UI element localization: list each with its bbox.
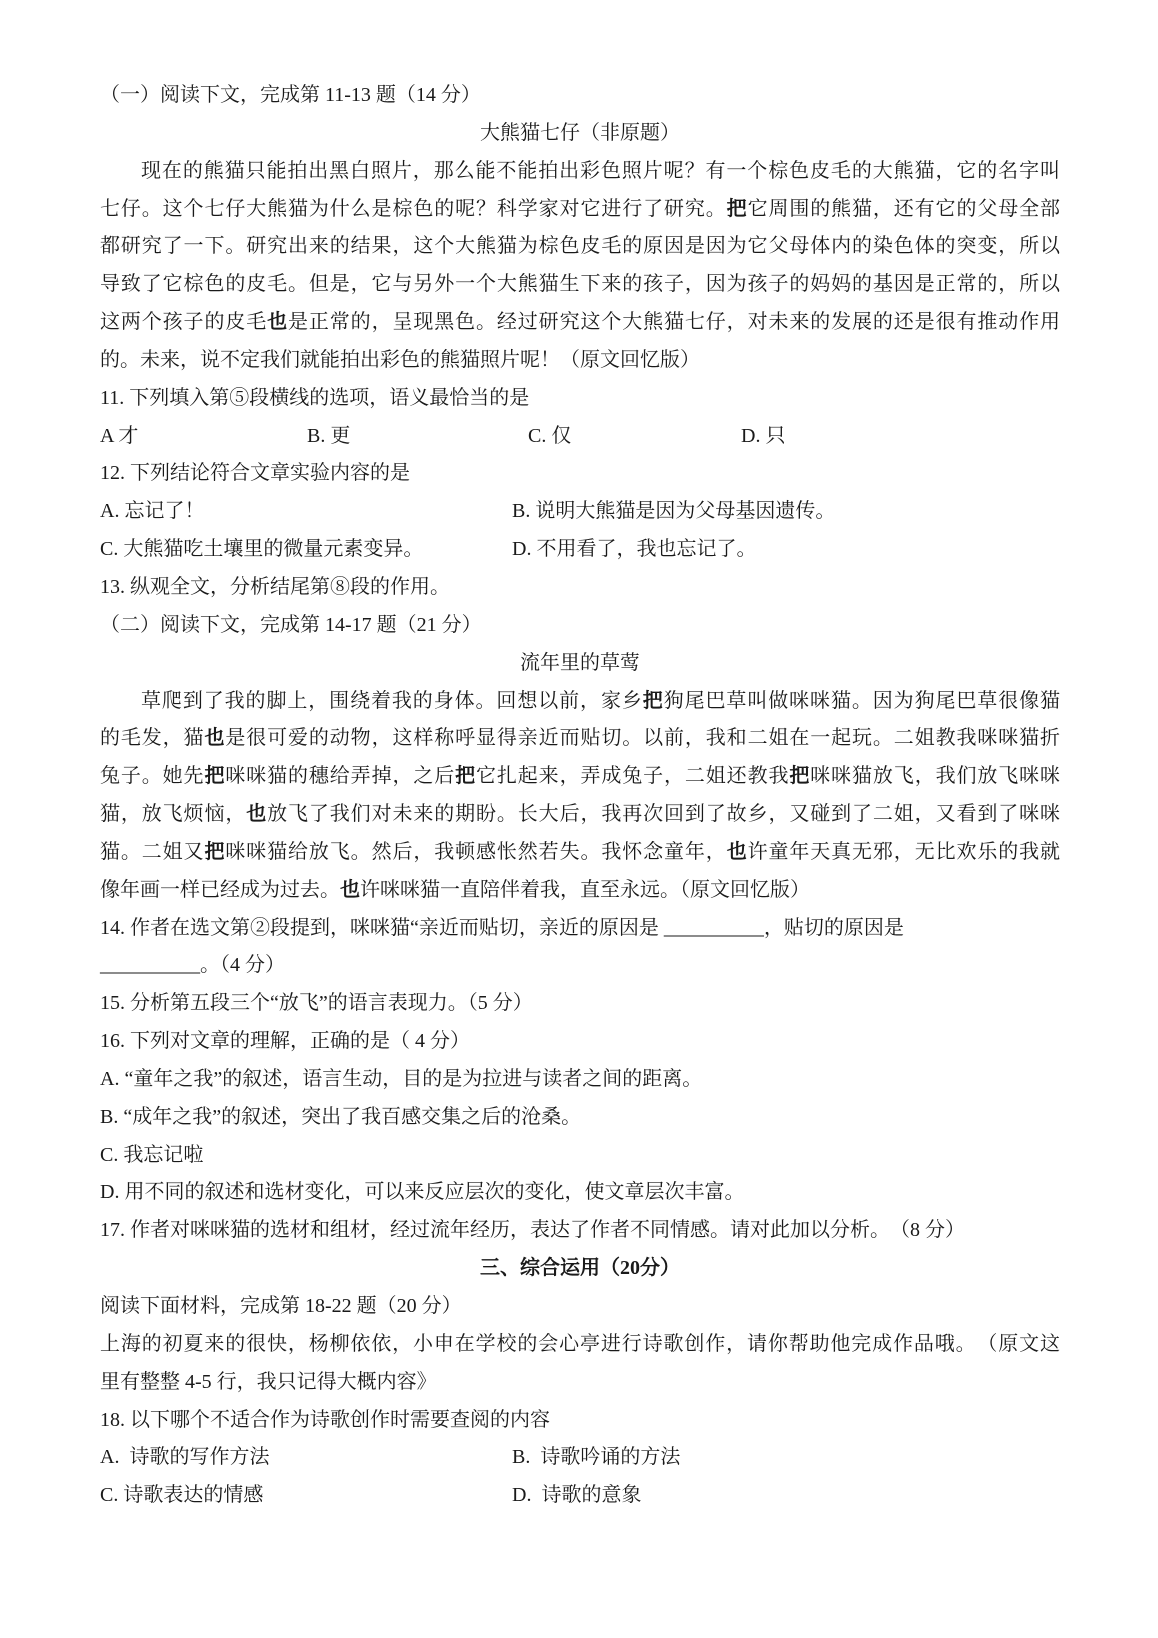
- material-line: 里有整整 4-5 行，我只记得大概内容》: [100, 1364, 1060, 1402]
- question-12-options-row-1: A. 忘记了！B. 说明大熊猫是因为父母基因遗传。: [100, 493, 1060, 531]
- emphasized-char: 也: [727, 841, 748, 863]
- option-item: D. 诗歌的意象: [512, 1477, 641, 1515]
- option-item: D. 只: [741, 418, 785, 456]
- emphasized-char: 把: [455, 765, 476, 787]
- passage-1-line: 这两个孩子的皮毛也是正常的，呈现黑色。经过研究这个大熊猫七仔，对未来的发展的还是…: [100, 304, 1060, 342]
- emphasized-char: 把: [204, 841, 225, 863]
- passage-2-line: 猫，放飞烦恼，也放飞了我们对未来的期盼。长大后，我再次回到了故乡，又碰到了二姐，…: [100, 796, 1060, 834]
- section-1-header: （一）阅读下文，完成第 11-13 题（14 分）: [100, 77, 1060, 115]
- emphasized-char: 把: [789, 765, 810, 787]
- passage-2-line: 的毛发，猫也是很可爱的动物，这样称呼显得亲近而贴切。以前，我和二姐在一起玩。二姐…: [100, 720, 1060, 758]
- passage-1-line: 导致了它棕色的皮毛。但是，它与另外一个大熊猫生下来的孩子，因为孩子的妈妈的基因是…: [100, 266, 1060, 304]
- emphasized-char: 也: [267, 311, 288, 333]
- question-11-options: A 才B. 更C. 仅D. 只: [100, 418, 1060, 456]
- section-3-heading: 三、综合运用（20分）: [100, 1250, 1060, 1288]
- passage-2-line: 草爬到了我的脚上，围绕着我的身体。回想以前，家乡把狗尾巴草叫做咪咪猫。因为狗尾巴…: [100, 683, 1060, 721]
- passage-2-line: 兔子。她先把咪咪猫的穗给弄掉，之后把它扎起来，弄成兔子，二姐还教我把咪咪猫放飞，…: [100, 758, 1060, 796]
- emphasized-char: 也: [246, 803, 267, 825]
- passage-1-title: 大熊猫七仔（非原题）: [100, 115, 1060, 153]
- question-17: 17. 作者对咪咪猫的选材和组材，经过流年经历，表达了作者不同情感。请对此加以分…: [100, 1212, 1060, 1250]
- option-item: D. 不用看了，我也忘记了。: [512, 531, 756, 569]
- emphasized-char: 也: [204, 727, 225, 749]
- option-item: A. 忘记了！: [100, 493, 512, 531]
- passage-2-title: 流年里的草莺: [100, 645, 1060, 683]
- emphasized-char: 把: [204, 765, 225, 787]
- passage-1-line: 现在的熊猫只能拍出黑白照片，那么能不能拍出彩色照片呢？有一个棕色皮毛的大熊猫，它…: [100, 153, 1060, 191]
- question-16-option-c: C. 我忘记啦: [100, 1137, 1060, 1175]
- question-11: 11. 下列填入第⑤段横线的选项，语义最恰当的是: [100, 380, 1060, 418]
- emphasized-char: 把: [727, 198, 748, 220]
- option-item: B. 诗歌吟诵的方法: [512, 1439, 680, 1477]
- option-item: A 才: [100, 418, 307, 456]
- exam-page: （一）阅读下文，完成第 11-13 题（14 分）大熊猫七仔（非原题）现在的熊猫…: [0, 0, 1158, 1638]
- material-line: 上海的初夏来的很快，杨柳依依，小申在学校的会心亭进行诗歌创作，请你帮助他完成作品…: [100, 1326, 1060, 1364]
- question-18-options-row-1: A. 诗歌的写作方法B. 诗歌吟诵的方法: [100, 1439, 1060, 1477]
- passage-2-line: 像年画一样已经成为过去。也许咪咪猫一直陪伴着我，直至永远。（原文回忆版）: [100, 872, 1060, 910]
- question-16-option-a: A. “童年之我”的叙述，语言生动，目的是为拉进与读者之间的距离。: [100, 1061, 1060, 1099]
- passage-1-line: 都研究了一下。研究出来的结果，这个大熊猫为棕色皮毛的原因是因为它父母体内的染色体…: [100, 228, 1060, 266]
- passage-1-line: 的。未来，说不定我们就能拍出彩色的熊猫照片呢！（原文回忆版）: [100, 342, 1060, 380]
- option-item: B. 更: [307, 418, 528, 456]
- option-item: C. 大熊猫吃土壤里的微量元素变异。: [100, 531, 512, 569]
- question-18: 18. 以下哪个不适合作为诗歌创作时需要查阅的内容: [100, 1402, 1060, 1440]
- question-12: 12. 下列结论符合文章实验内容的是: [100, 455, 1060, 493]
- passage-2-line: 猫。二姐又把咪咪猫给放飞。然后，我顿感怅然若失。我怀念童年，也许童年天真无邪，无…: [100, 834, 1060, 872]
- question-15: 15. 分析第五段三个“放飞”的语言表现力。（5 分）: [100, 985, 1060, 1023]
- passage-1-line: 七仔。这个七仔大熊猫为什么是棕色的呢？科学家对它进行了研究。把它周围的熊猫，还有…: [100, 191, 1060, 229]
- option-item: B. 说明大熊猫是因为父母基因遗传。: [512, 493, 835, 531]
- question-16-option-b: B. “成年之我”的叙述，突出了我百感交集之后的沧桑。: [100, 1099, 1060, 1137]
- option-item: C. 仅: [528, 418, 741, 456]
- question-18-options-row-2: C. 诗歌表达的情感D. 诗歌的意象: [100, 1477, 1060, 1515]
- question-16: 16. 下列对文章的理解，正确的是（ 4 分）: [100, 1023, 1060, 1061]
- section-3-header: 阅读下面材料，完成第 18-22 题（20 分）: [100, 1288, 1060, 1326]
- option-item: C. 诗歌表达的情感: [100, 1477, 512, 1515]
- section-2-header: （二）阅读下文，完成第 14-17 题（21 分）: [100, 607, 1060, 645]
- question-12-options-row-2: C. 大熊猫吃土壤里的微量元素变异。D. 不用看了，我也忘记了。: [100, 531, 1060, 569]
- option-item: A. 诗歌的写作方法: [100, 1439, 512, 1477]
- question-14-line-2: __________。（4 分）: [100, 947, 1060, 985]
- emphasized-char: 也: [340, 879, 360, 901]
- emphasized-char: 把: [643, 690, 664, 712]
- question-16-option-d: D. 用不同的叙述和选材变化，可以来反应层次的变化，使文章层次丰富。: [100, 1174, 1060, 1212]
- question-13: 13. 纵观全文，分析结尾第⑧段的作用。: [100, 569, 1060, 607]
- question-14-line-1: 14. 作者在选文第②段提到，咪咪猫“亲近而贴切，亲近的原因是 ________…: [100, 910, 1060, 948]
